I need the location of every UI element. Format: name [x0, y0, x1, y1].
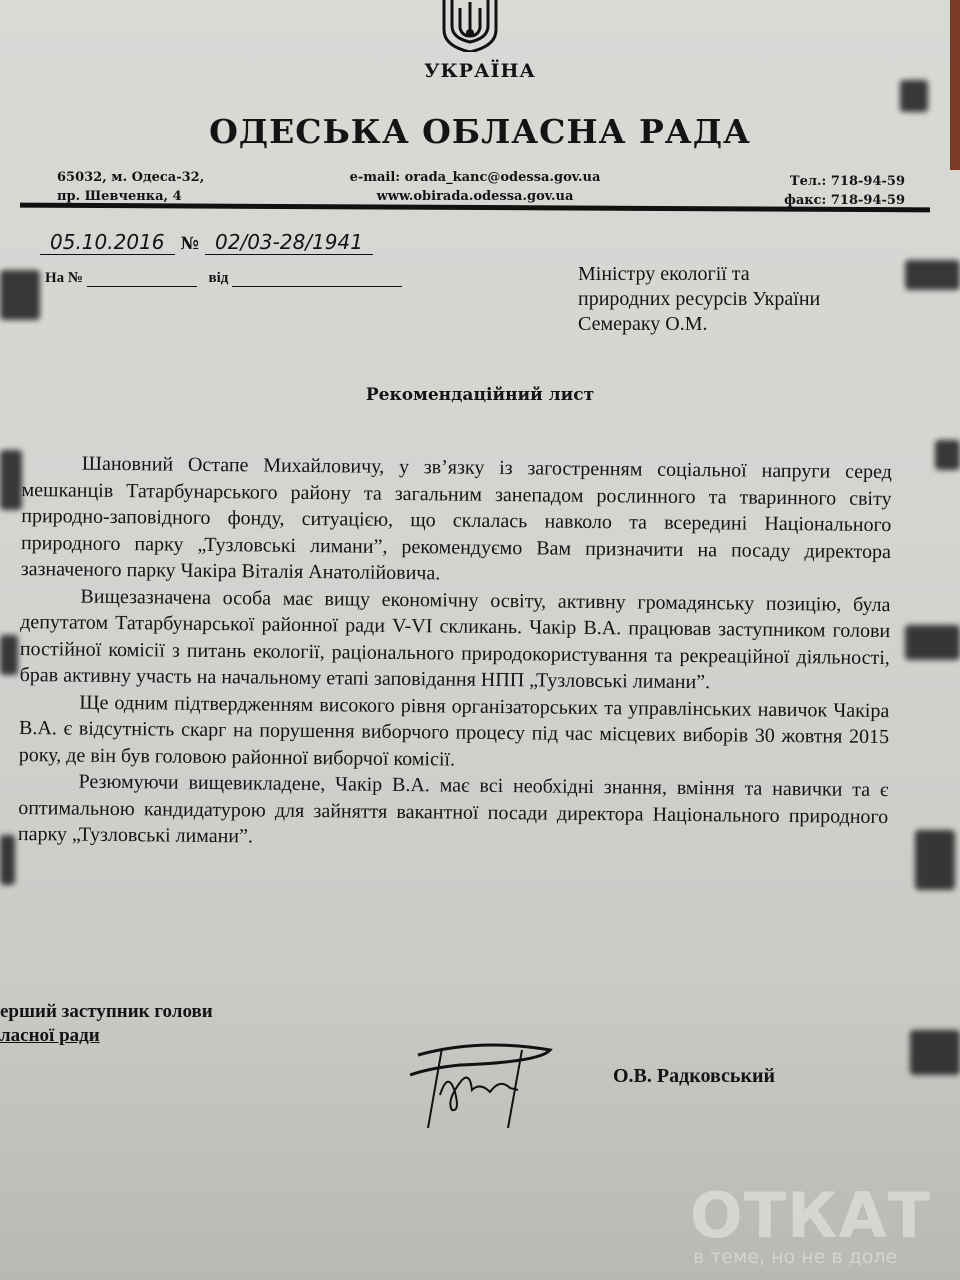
- country-name: УКРАЇНА: [0, 60, 960, 82]
- toner-smudge: [905, 260, 960, 290]
- body-paragraph: Резюмуючи вищевикладене, Чакір В.А. має …: [18, 768, 889, 857]
- number-label: №: [181, 234, 199, 254]
- signer-position-line-2: ласної ради: [0, 1024, 213, 1048]
- signer-position-line-1: ерший заступник голови: [0, 1000, 213, 1024]
- phones: Тел.: 718-94-59 факс: 718-94-59: [780, 172, 905, 210]
- toner-smudge: [910, 1030, 960, 1075]
- outgoing-date: 05.10.2016: [40, 230, 175, 255]
- handwritten-signature: [400, 1020, 560, 1130]
- watermark-tagline: в теме, но не в доле: [693, 1247, 931, 1267]
- ref-number-label: На №: [45, 270, 83, 286]
- watermark: ОТКАТ в теме, но не в доле: [690, 1185, 931, 1267]
- address-line-1: 65032, м. Одеса-32,: [57, 168, 204, 187]
- toner-smudge: [900, 80, 928, 112]
- recipient-line-1: Міністру екології та: [578, 262, 820, 287]
- outgoing-number: 02/03-28/1941: [205, 230, 373, 255]
- ref-from-label: від: [209, 270, 229, 286]
- toner-smudge: [0, 635, 18, 675]
- toner-smudge: [0, 835, 15, 885]
- registration-line: 05.10.2016№02/03-28/1941: [40, 230, 373, 255]
- organization-name: ОДЕСЬКА ОБЛАСНА РАДА: [0, 112, 960, 151]
- body-paragraph: Ще одним підтвердженням високого рівня о…: [19, 688, 890, 777]
- toner-smudge: [915, 830, 955, 890]
- toner-smudge: [935, 440, 960, 470]
- letter-body: Шановний Остапе Михайловичу, у зв’язку і…: [18, 450, 892, 857]
- phone: Тел.: 718-94-59: [780, 172, 905, 191]
- body-paragraph: Вищезазначена особа має вищу економічну …: [20, 582, 891, 697]
- signer-name: О.В. Радковський: [613, 1065, 775, 1088]
- toner-smudge: [0, 270, 40, 320]
- recipient-line-3: Семераку О.М.: [578, 312, 820, 337]
- recipient-block: Міністру екології та природних ресурсів …: [578, 262, 820, 337]
- reference-line: На № від: [45, 270, 402, 287]
- signer-position: ерший заступник голови ласної ради: [0, 1000, 213, 1048]
- website: www.obirada.odessa.gov.ua: [330, 187, 620, 206]
- email: e-mail: orada_kanc@odessa.gov.ua: [330, 168, 620, 187]
- trident-coat-of-arms-icon: [440, 0, 500, 52]
- ref-number-blank: [87, 286, 197, 287]
- body-paragraph: Шановний Остапе Михайловичу, у зв’язку і…: [21, 450, 892, 592]
- address: 65032, м. Одеса-32, пр. Шевченка, 4: [57, 168, 204, 206]
- toner-smudge: [0, 450, 22, 510]
- contact-info: e-mail: orada_kanc@odessa.gov.ua www.obi…: [330, 168, 620, 206]
- ref-date-blank: [232, 286, 402, 287]
- watermark-logo: ОТКАТ: [690, 1185, 931, 1247]
- letter-title: Рекомендаційний лист: [0, 385, 960, 405]
- toner-smudge: [905, 625, 960, 660]
- recipient-line-2: природних ресурсів України: [578, 287, 820, 312]
